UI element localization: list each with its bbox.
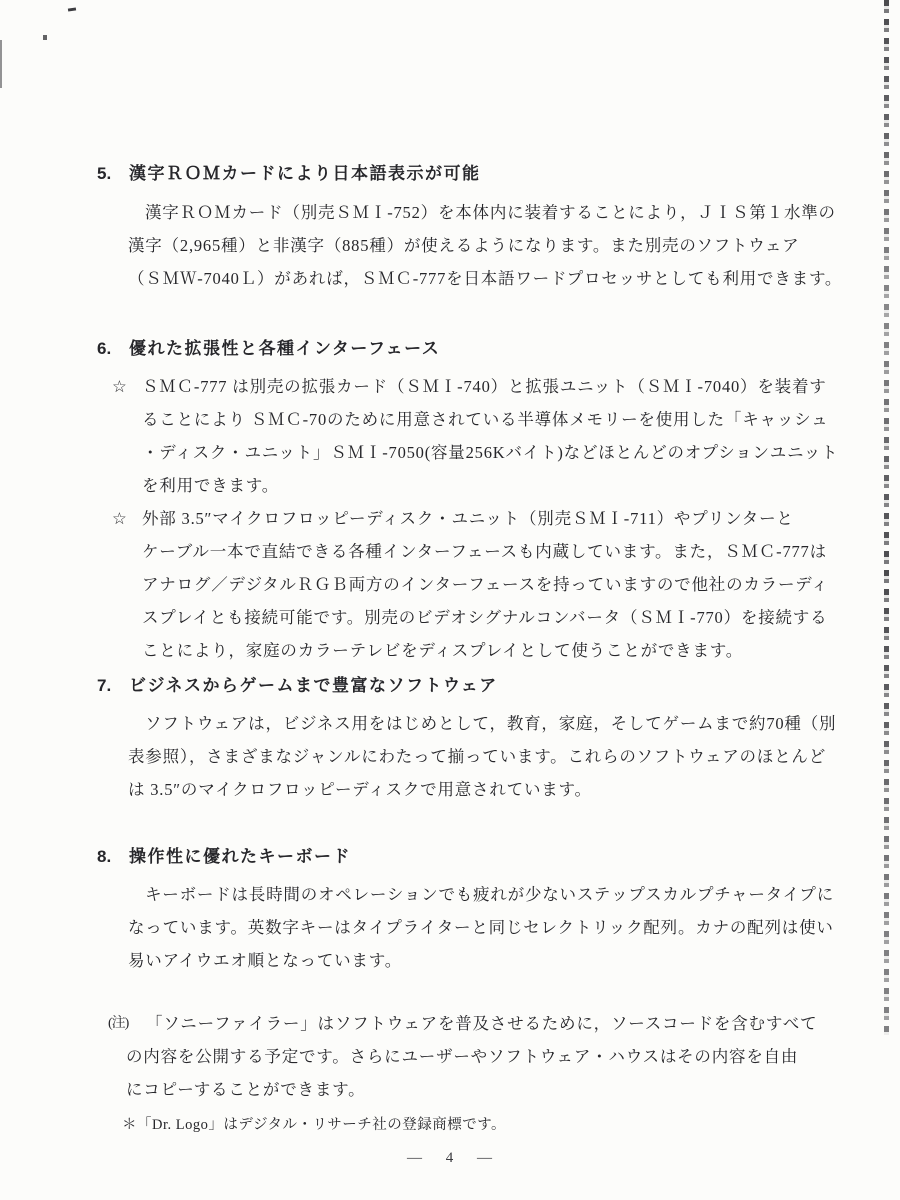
section-5-heading: 5. 漢字ＲＯＭカードにより日本語表示が可能 [97, 157, 900, 190]
section-6-bullet-1: ☆ ＳＭＣ-777 は別売の拡張カード（ＳＭＩ-740）と拡張ユニット（ＳＭＩ-… [0, 370, 900, 502]
text-line: ソフトウェアは，ビジネス用をはじめとして，教育，家庭，そしてゲームまで約70種（… [128, 707, 900, 740]
section-6-heading: 6. 優れた拡張性と各種インターフェース [97, 332, 900, 365]
text-line: ＳＭＣ-777 は別売の拡張カード（ＳＭＩ-740）と拡張ユニット（ＳＭＩ-70… [142, 370, 827, 403]
trademark-footnote: ＊「Dr. Logo」はデジタル・リサーチ社の登録商標です。 [122, 1110, 900, 1140]
section-number: 5. [97, 157, 129, 190]
text-line: 表参照），さまざまなジャンルにわたって揃っています。これらのソフトウェアのほとん… [128, 740, 900, 773]
text-line: キーボードは長時間のオペレーションでも疲れが少ないステップスカルプチャータイプに [128, 878, 900, 911]
text-line: スプレイとも接続可能です。別売のビデオシグナルコンバータ（ＳＭＩ-770）を接続… [142, 601, 900, 634]
text-line: は 3.5″のマイクロフロッピーディスクで用意されています。 [128, 773, 900, 806]
section-8-heading: 8. 操作性に優れたキーボード [97, 840, 900, 873]
section-title: ビジネスからゲームまで豊富なソフトウェア [129, 669, 498, 702]
star-bullet-icon: ☆ [112, 370, 142, 403]
document-page: 5. 漢字ＲＯＭカードにより日本語表示が可能 漢字ＲＯＭカード（別売ＳＭＩ-75… [0, 0, 900, 1200]
section-7-paragraph: ソフトウェアは，ビジネス用をはじめとして，教育，家庭，そしてゲームまで約70種（… [128, 707, 900, 806]
text-line: の内容を公開する予定です。さらにユーザーやソフトウェア・ハウスはその内容を自由 [126, 1040, 900, 1073]
scan-speck [43, 35, 47, 40]
text-line: 漢字（2,965種）と非漢字（885種）が使えるようになります。また別売のソフト… [128, 229, 900, 262]
text-line: 易いアイウエオ順となっています。 [128, 944, 900, 977]
text-line: 外部 3.5″マイクロフロッピーディスク・ユニット（別売ＳＭＩ-711）やプリン… [142, 502, 794, 535]
section-6-bullet-2: ☆ 外部 3.5″マイクロフロッピーディスク・ユニット（別売ＳＭＩ-711）やプ… [0, 502, 900, 667]
note-first-line: (注) 「ソニーファイラー」はソフトウェアを普及させるために，ソースコードを含む… [108, 1007, 900, 1040]
bullet-first-line: ☆ 外部 3.5″マイクロフロッピーディスク・ユニット（別売ＳＭＩ-711）やプ… [112, 502, 900, 535]
section-number: 8. [97, 840, 129, 873]
section-title: 漢字ＲＯＭカードにより日本語表示が可能 [129, 157, 481, 190]
text-line: 漢字ＲＯＭカード（別売ＳＭＩ-752）を本体内に装着することにより，ＪＩＳ第１水… [128, 196, 900, 229]
bullet-first-line: ☆ ＳＭＣ-777 は別売の拡張カード（ＳＭＩ-740）と拡張ユニット（ＳＭＩ-… [112, 370, 900, 403]
section-number: 6. [97, 332, 129, 365]
page-number: — 4 — [0, 1150, 900, 1167]
star-bullet-icon: ☆ [112, 502, 142, 535]
text-line: なっています。英数字キーはタイプライターと同じセレクトリック配列。カナの配列は使… [128, 911, 900, 944]
text-line: ることにより ＳＭＣ-70のために用意されている半導体メモリーを使用した「キャッ… [142, 403, 900, 436]
text-line: にコピーすることができます。 [126, 1073, 900, 1106]
text-line: ・ディスク・ユニット」ＳＭＩ-7050(容量256Kバイト)などほとんどのオプシ… [142, 436, 900, 469]
section-8-paragraph: キーボードは長時間のオペレーションでも疲れが少ないステップスカルプチャータイプに… [128, 878, 900, 977]
scan-speck [0, 40, 2, 88]
text-line: ケーブル一本で直結できる各種インターフェースも内蔵しています。また，ＳＭＣ-77… [142, 535, 900, 568]
text-line: を利用できます。 [142, 469, 900, 502]
section-5-paragraph: 漢字ＲＯＭカード（別売ＳＭＩ-752）を本体内に装着することにより，ＪＩＳ第１水… [128, 196, 900, 295]
scan-speck [68, 7, 76, 11]
section-title: 優れた拡張性と各種インターフェース [129, 332, 440, 365]
note-marker: (注) [108, 1007, 146, 1040]
binding-marks-fade [883, 0, 890, 1035]
text-line: 「ソニーファイラー」はソフトウェアを普及させるために，ソースコードを含むすべて [146, 1007, 817, 1040]
text-line: （ＳＭＷ-7040Ｌ）があれば，ＳＭＣ-777を日本語ワードプロセッサとしても利… [128, 262, 900, 295]
section-title: 操作性に優れたキーボード [129, 840, 351, 873]
note-block: (注) 「ソニーファイラー」はソフトウェアを普及させるために，ソースコードを含む… [0, 1007, 900, 1106]
text-line: アナログ／デジタルＲＧＢ両方のインターフェースを持っていますので他社のカラーディ [142, 568, 900, 601]
section-7-heading: 7. ビジネスからゲームまで豊富なソフトウェア [97, 669, 900, 702]
section-number: 7. [97, 669, 129, 702]
text-line: ことにより，家庭のカラーテレビをディスプレイとして使うことができます。 [142, 634, 900, 667]
